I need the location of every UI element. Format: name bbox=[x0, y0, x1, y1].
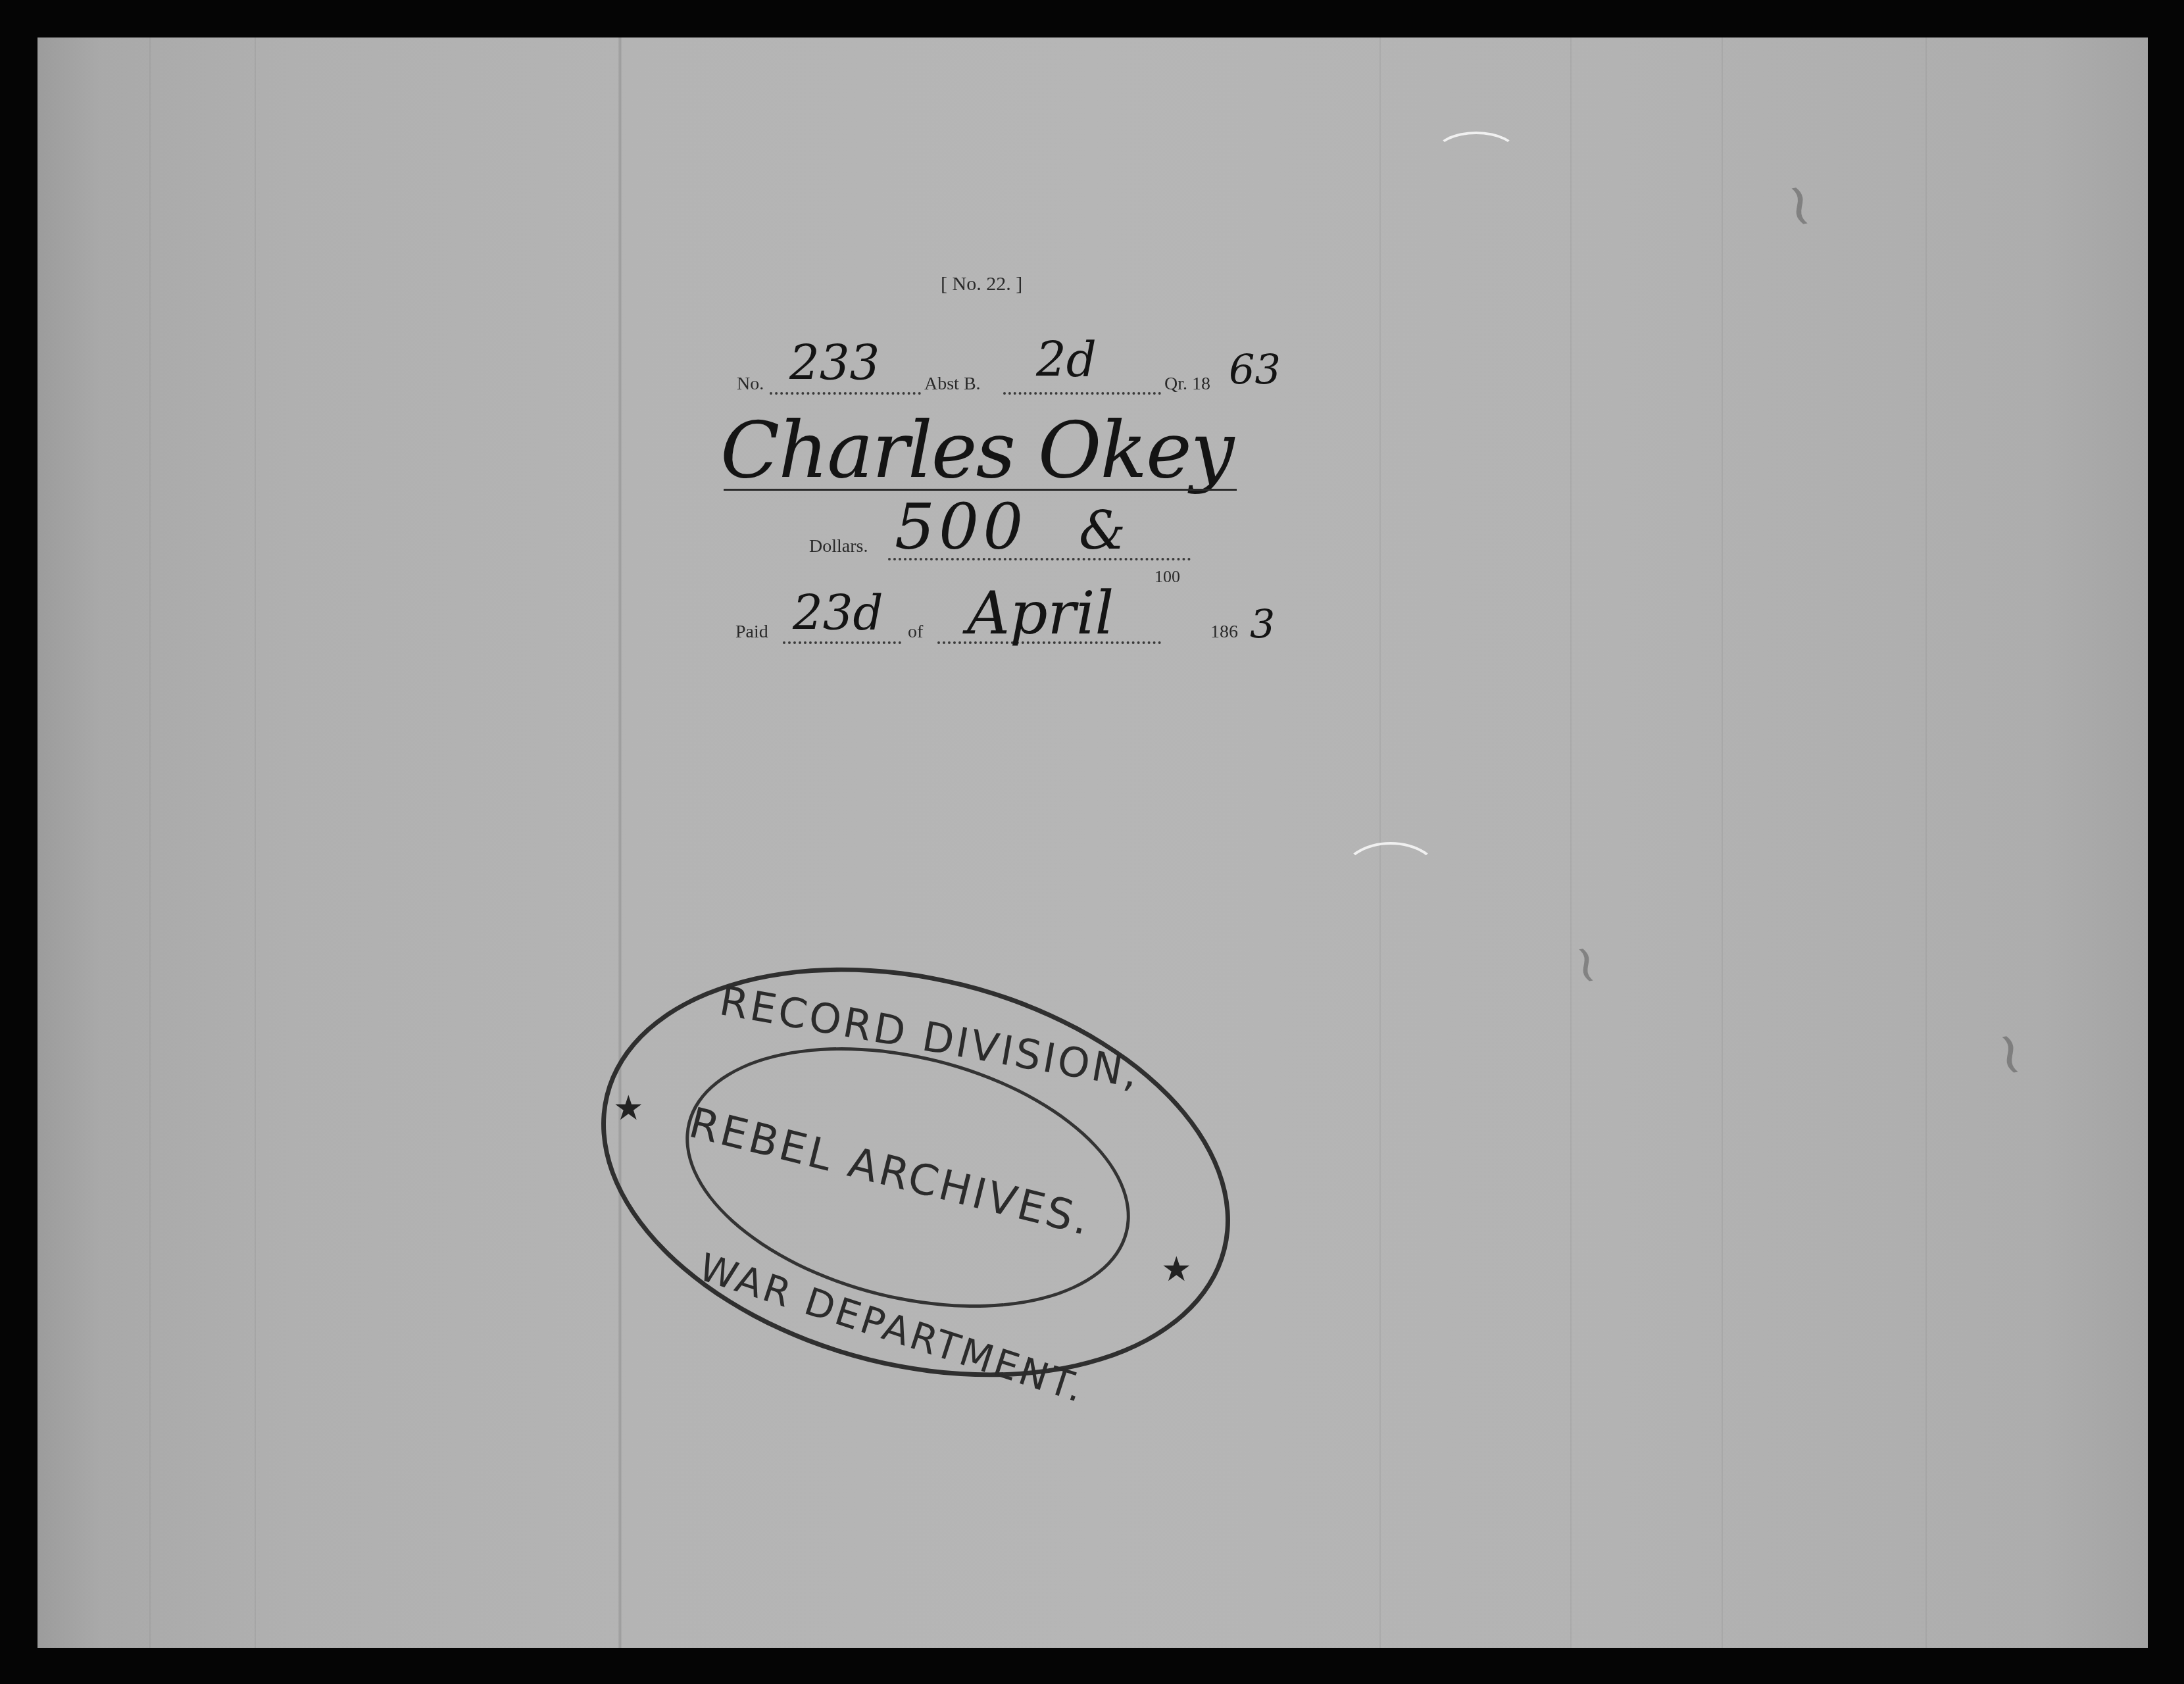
film-scratch bbox=[1434, 132, 1518, 176]
dotted-leader bbox=[770, 392, 921, 395]
dotted-leader bbox=[1003, 392, 1161, 395]
abst-value: 2d bbox=[1036, 332, 1097, 387]
ruled-line bbox=[1722, 37, 1723, 1648]
paid-label: Paid bbox=[735, 622, 768, 643]
dotted-leader bbox=[783, 641, 901, 644]
ruled-line bbox=[149, 37, 151, 1648]
of-label: of bbox=[908, 622, 923, 643]
stamp-star-left-icon: ★ bbox=[613, 1089, 644, 1128]
paid-day-value: 23d bbox=[793, 585, 883, 641]
ruled-line bbox=[1925, 37, 1927, 1648]
form-number: [ No. 22. ] bbox=[941, 273, 1022, 295]
ruled-line bbox=[1570, 37, 1572, 1648]
film-scratch bbox=[1342, 842, 1439, 906]
dollars-label: Dollars. bbox=[809, 536, 868, 557]
fold-line bbox=[618, 37, 622, 1648]
cents-mark: & bbox=[1079, 500, 1126, 561]
voucher-no-label: No. bbox=[737, 374, 764, 395]
voucher-no-value: 233 bbox=[789, 335, 880, 391]
paid-year-value: 3 bbox=[1250, 602, 1275, 648]
paid-month-value: April bbox=[967, 579, 1114, 648]
fraction-denominator: 100 bbox=[1154, 567, 1180, 587]
payee-name: Charles Okey bbox=[720, 405, 1233, 495]
dollars-value: 500 bbox=[895, 490, 1027, 564]
ruled-line bbox=[255, 37, 256, 1648]
quarter-year-value: 63 bbox=[1229, 345, 1281, 393]
paid-year-label: 186 bbox=[1210, 622, 1238, 643]
quarter-label: Qr. 18 bbox=[1164, 374, 1210, 395]
abst-label: Abst B. bbox=[924, 374, 981, 395]
document-page bbox=[37, 37, 2148, 1648]
stamp-star-right-icon: ★ bbox=[1161, 1250, 1192, 1289]
